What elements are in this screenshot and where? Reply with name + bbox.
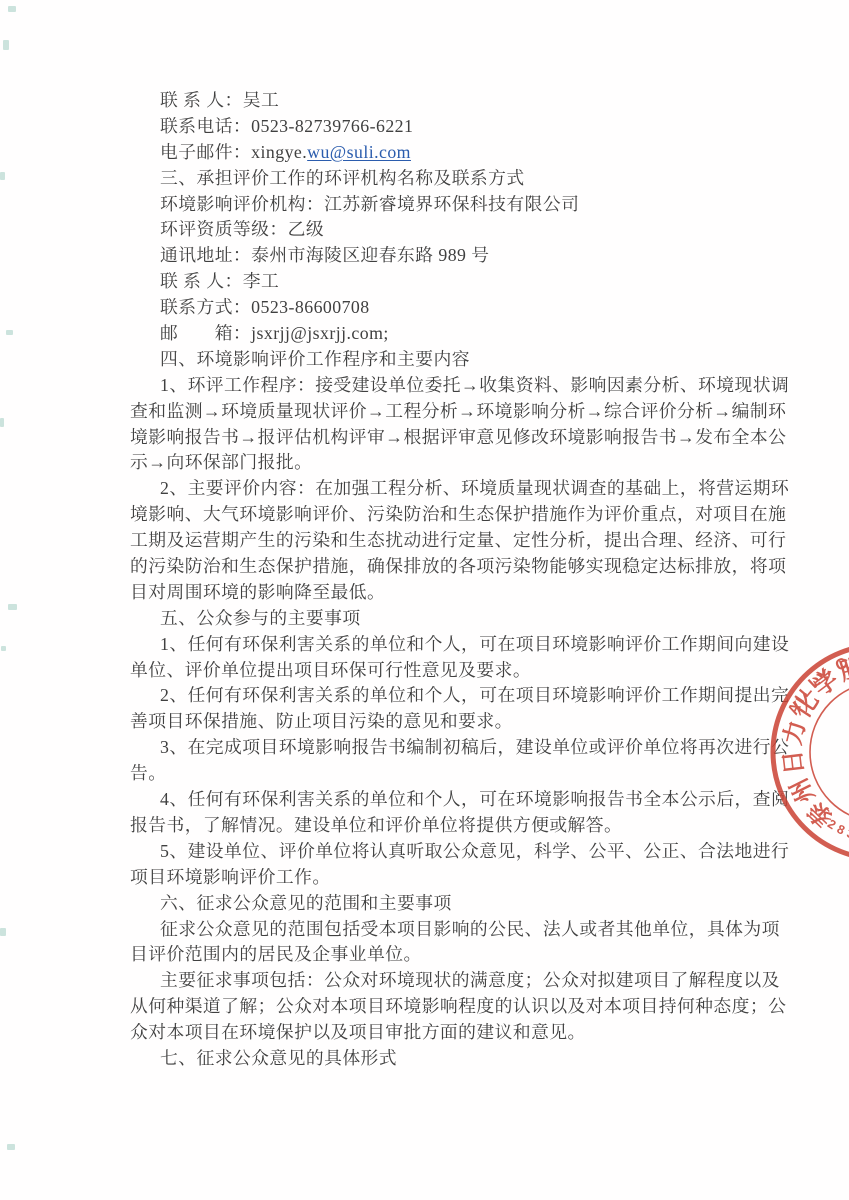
para-line: 主要征求事项包括：公众对环境现状的满意度；公众对拟建项目了解程度以及 [130,968,750,994]
seal-inner-ring [810,682,849,822]
text-segment: 七、征求公众意见的具体形式 [160,1048,397,1068]
text-segment: 查和监测→环境质量现状评价→工程分析→环境影响分析→综合评价分析→编制环 [130,401,786,421]
para-line: 报告书，了解情况。建设单位和评价单位将提供方便或解答。 [130,813,750,839]
seal-serial-number-text: 28300035 [825,817,849,847]
email-link: wu@suli.com [307,142,411,162]
para-line: 2、任何有环保利害关系的单位和个人，可在项目环境影响评价工作期间提出完 [130,683,750,709]
text-segment: 环境影响评价机构：江苏新睿境界环保科技有限公司 [160,194,579,214]
eia-agency-line: 环境影响评价机构：江苏新睿境界环保科技有限公司 [130,192,750,218]
text-segment: 2、主要评价内容：在加强工程分析、环境质量现状调查的基础上，将营运期环 [160,478,789,498]
scan-artifact [7,1144,15,1150]
section-heading-7: 七、征求公众意见的具体形式 [130,1046,750,1072]
text-segment: 主要征求事项包括：公众对环境现状的满意度；公众对拟建项目了解程度以及 [160,970,780,990]
text-segment: 五、公众参与的主要事项 [160,608,361,628]
para-line: 4、任何有环保利害关系的单位和个人，可在环境影响报告书全本公示后，查阅 [130,787,750,813]
text-segment: 通讯地址：泰州市海陵区迎春东路 989 号 [160,245,490,265]
text-segment: 目对周围环境的影响降至最低。 [130,582,385,602]
section-heading-5: 五、公众参与的主要事项 [130,606,750,632]
document-body: 联 系 人：吴工联系电话：0523-82739766-6221电子邮件：xing… [130,88,750,1072]
text-segment: 告。 [130,763,166,783]
para-line: 善项目环保措施、防止项目污染的意见和要求。 [130,709,750,735]
text-segment: 项目环境影响评价工作。 [130,867,331,887]
scanned-document-page: 联 系 人：吴工联系电话：0523-82739766-6221电子邮件：xing… [0,0,849,1200]
para-line: 目对周围环境的影响降至最低。 [130,580,750,606]
para-line: 5、建设单位、评价单位将认真听取公众意见，科学、公平、公正、合法地进行 [130,839,750,865]
text-segment: 境影响、大气环境影响评价、污染防治和生态保护措施作为评价重点，对项目在施 [130,504,786,524]
scan-artifact [3,40,9,50]
para-line: 目评价范围内的居民及企事业单位。 [130,942,750,968]
text-segment: 2、任何有环保利害关系的单位和个人，可在项目环境影响评价工作期间提出完 [160,685,789,705]
text-segment: 联系电话：0523-82739766-6221 [160,116,413,136]
text-segment: 三、承担评价工作的环评机构名称及联系方式 [160,168,525,188]
para-line: 告。 [130,761,750,787]
eia-contact-person-line: 联 系 人：李工 [130,269,750,295]
para-line: 征求公众意见的范围包括受本项目影响的公民、法人或者其他单位，具体为项 [130,917,750,943]
para-line: 境影响、大气环境影响评价、污染防治和生态保护措施作为评价重点，对项目在施 [130,502,750,528]
scan-artifact [8,604,17,610]
text-segment: 5、建设单位、评价单位将认真听取公众意见，科学、公平、公正、合法地进行 [160,841,789,861]
eia-address-line: 通讯地址：泰州市海陵区迎春东路 989 号 [130,243,750,269]
para-line: 1、任何有环保利害关系的单位和个人，可在项目环境影响评价工作期间向建设 [130,632,750,658]
text-segment: 电子邮件：xingye. [160,142,307,162]
scan-artifact [0,418,4,427]
text-segment: 单位、评价单位提出项目环保可行性意见及要求。 [130,660,531,680]
contact-phone-line: 联系电话：0523-82739766-6221 [130,114,750,140]
scan-artifact [8,6,16,12]
contact-person-line: 联 系 人：吴工 [130,88,750,114]
text-segment: 报告书，了解情况。建设单位和评价单位将提供方便或解答。 [130,815,622,835]
scan-artifact [0,928,6,936]
text-segment: 联系方式：0523-86600708 [160,297,370,317]
para-line: 项目环境影响评价工作。 [130,865,750,891]
para-line: 查和监测→环境质量现状评价→工程分析→环境影响分析→综合评价分析→编制环 [130,399,750,425]
text-segment: 示→向环保部门报批。 [130,452,312,472]
section-heading-4: 四、环境影响评价工作程序和主要内容 [130,347,750,373]
para-line: 示→向环保部门报批。 [130,450,750,476]
text-segment: 1、任何有环保利害关系的单位和个人，可在项目环境影响评价工作期间向建设 [160,634,789,654]
scan-artifact [1,646,6,651]
scan-artifact [6,330,13,335]
text-segment: 境影响报告书→报评估机构评审→根据评审意见修改环境影响报告书→发布全本公 [130,427,786,447]
para-line: 工期及运营期产生的污染和生态扰动进行定量、定性分析，提出合理、经济、可行 [130,528,750,554]
para-line: 境影响报告书→报评估机构评审→根据评审意见修改环境影响报告书→发布全本公 [130,425,750,451]
text-segment: 邮 箱：jsxrjj@jsxrjj.com; [160,323,389,343]
para-line: 的污染防治和生态保护措施，确保排放的各项污染物能够实现稳定达标排放，将项 [130,554,750,580]
text-segment: 1、环评工作程序：接受建设单位委托→收集资料、影响因素分析、环境现状调 [160,375,789,395]
text-segment: 六、征求公众意见的范围和主要事项 [160,893,452,913]
para-line: 2、主要评价内容：在加强工程分析、环境质量现状调查的基础上，将营运期环 [130,476,750,502]
text-segment: 4、任何有环保利害关系的单位和个人，可在环境影响报告书全本公示后，查阅 [160,789,789,809]
section-heading-6: 六、征求公众意见的范围和主要事项 [130,891,750,917]
text-segment: 四、环境影响评价工作程序和主要内容 [160,349,470,369]
text-segment: 征求公众意见的范围包括受本项目影响的公民、法人或者其他单位，具体为项 [160,919,780,939]
seal-company-name-text: 泰州日力化学股份 [779,652,849,833]
text-segment: 联 系 人：吴工 [160,90,279,110]
text-segment: 善项目环保措施、防止项目污染的意见和要求。 [130,711,513,731]
text-segment: 的污染防治和生态保护措施，确保排放的各项污染物能够实现稳定达标排放，将项 [130,556,786,576]
text-segment: 环评资质等级：乙级 [160,219,324,239]
contact-email-line: 电子邮件：xingye.wu@suli.com [130,140,750,166]
text-segment: 3、在完成项目环境影响报告书编制初稿后，建设单位或评价单位将再次进行公 [160,737,789,757]
para-line: 从何种渠道了解；公众对本项目环境影响程度的认识以及对本项目持何种态度；公 [130,994,750,1020]
seal-latin-text: AILLY C. [785,651,849,717]
text-segment: 众对本项目在环境保护以及项目审批方面的建议和意见。 [130,1022,586,1042]
text-segment: 目评价范围内的居民及企事业单位。 [130,944,422,964]
scan-artifact [0,172,5,180]
para-line: 众对本项目在环境保护以及项目审批方面的建议和意见。 [130,1020,750,1046]
para-line: 3、在完成项目环境影响报告书编制初稿后，建设单位或评价单位将再次进行公 [130,735,750,761]
section-heading-3: 三、承担评价工作的环评机构名称及联系方式 [130,166,750,192]
eia-grade-line: 环评资质等级：乙级 [130,217,750,243]
text-segment: 从何种渠道了解；公众对本项目环境影响程度的认识以及对本项目持何种态度；公 [130,996,786,1016]
para-line: 单位、评价单位提出项目环保可行性意见及要求。 [130,658,750,684]
para-line: 1、环评工作程序：接受建设单位委托→收集资料、影响因素分析、环境现状调 [130,373,750,399]
eia-mailbox-line: 邮 箱：jsxrjj@jsxrjj.com; [130,321,750,347]
eia-phone-line: 联系方式：0523-86600708 [130,295,750,321]
text-segment: 工期及运营期产生的污染和生态扰动进行定量、定性分析，提出合理、经济、可行 [130,530,786,550]
text-segment: 联 系 人：李工 [160,271,279,291]
